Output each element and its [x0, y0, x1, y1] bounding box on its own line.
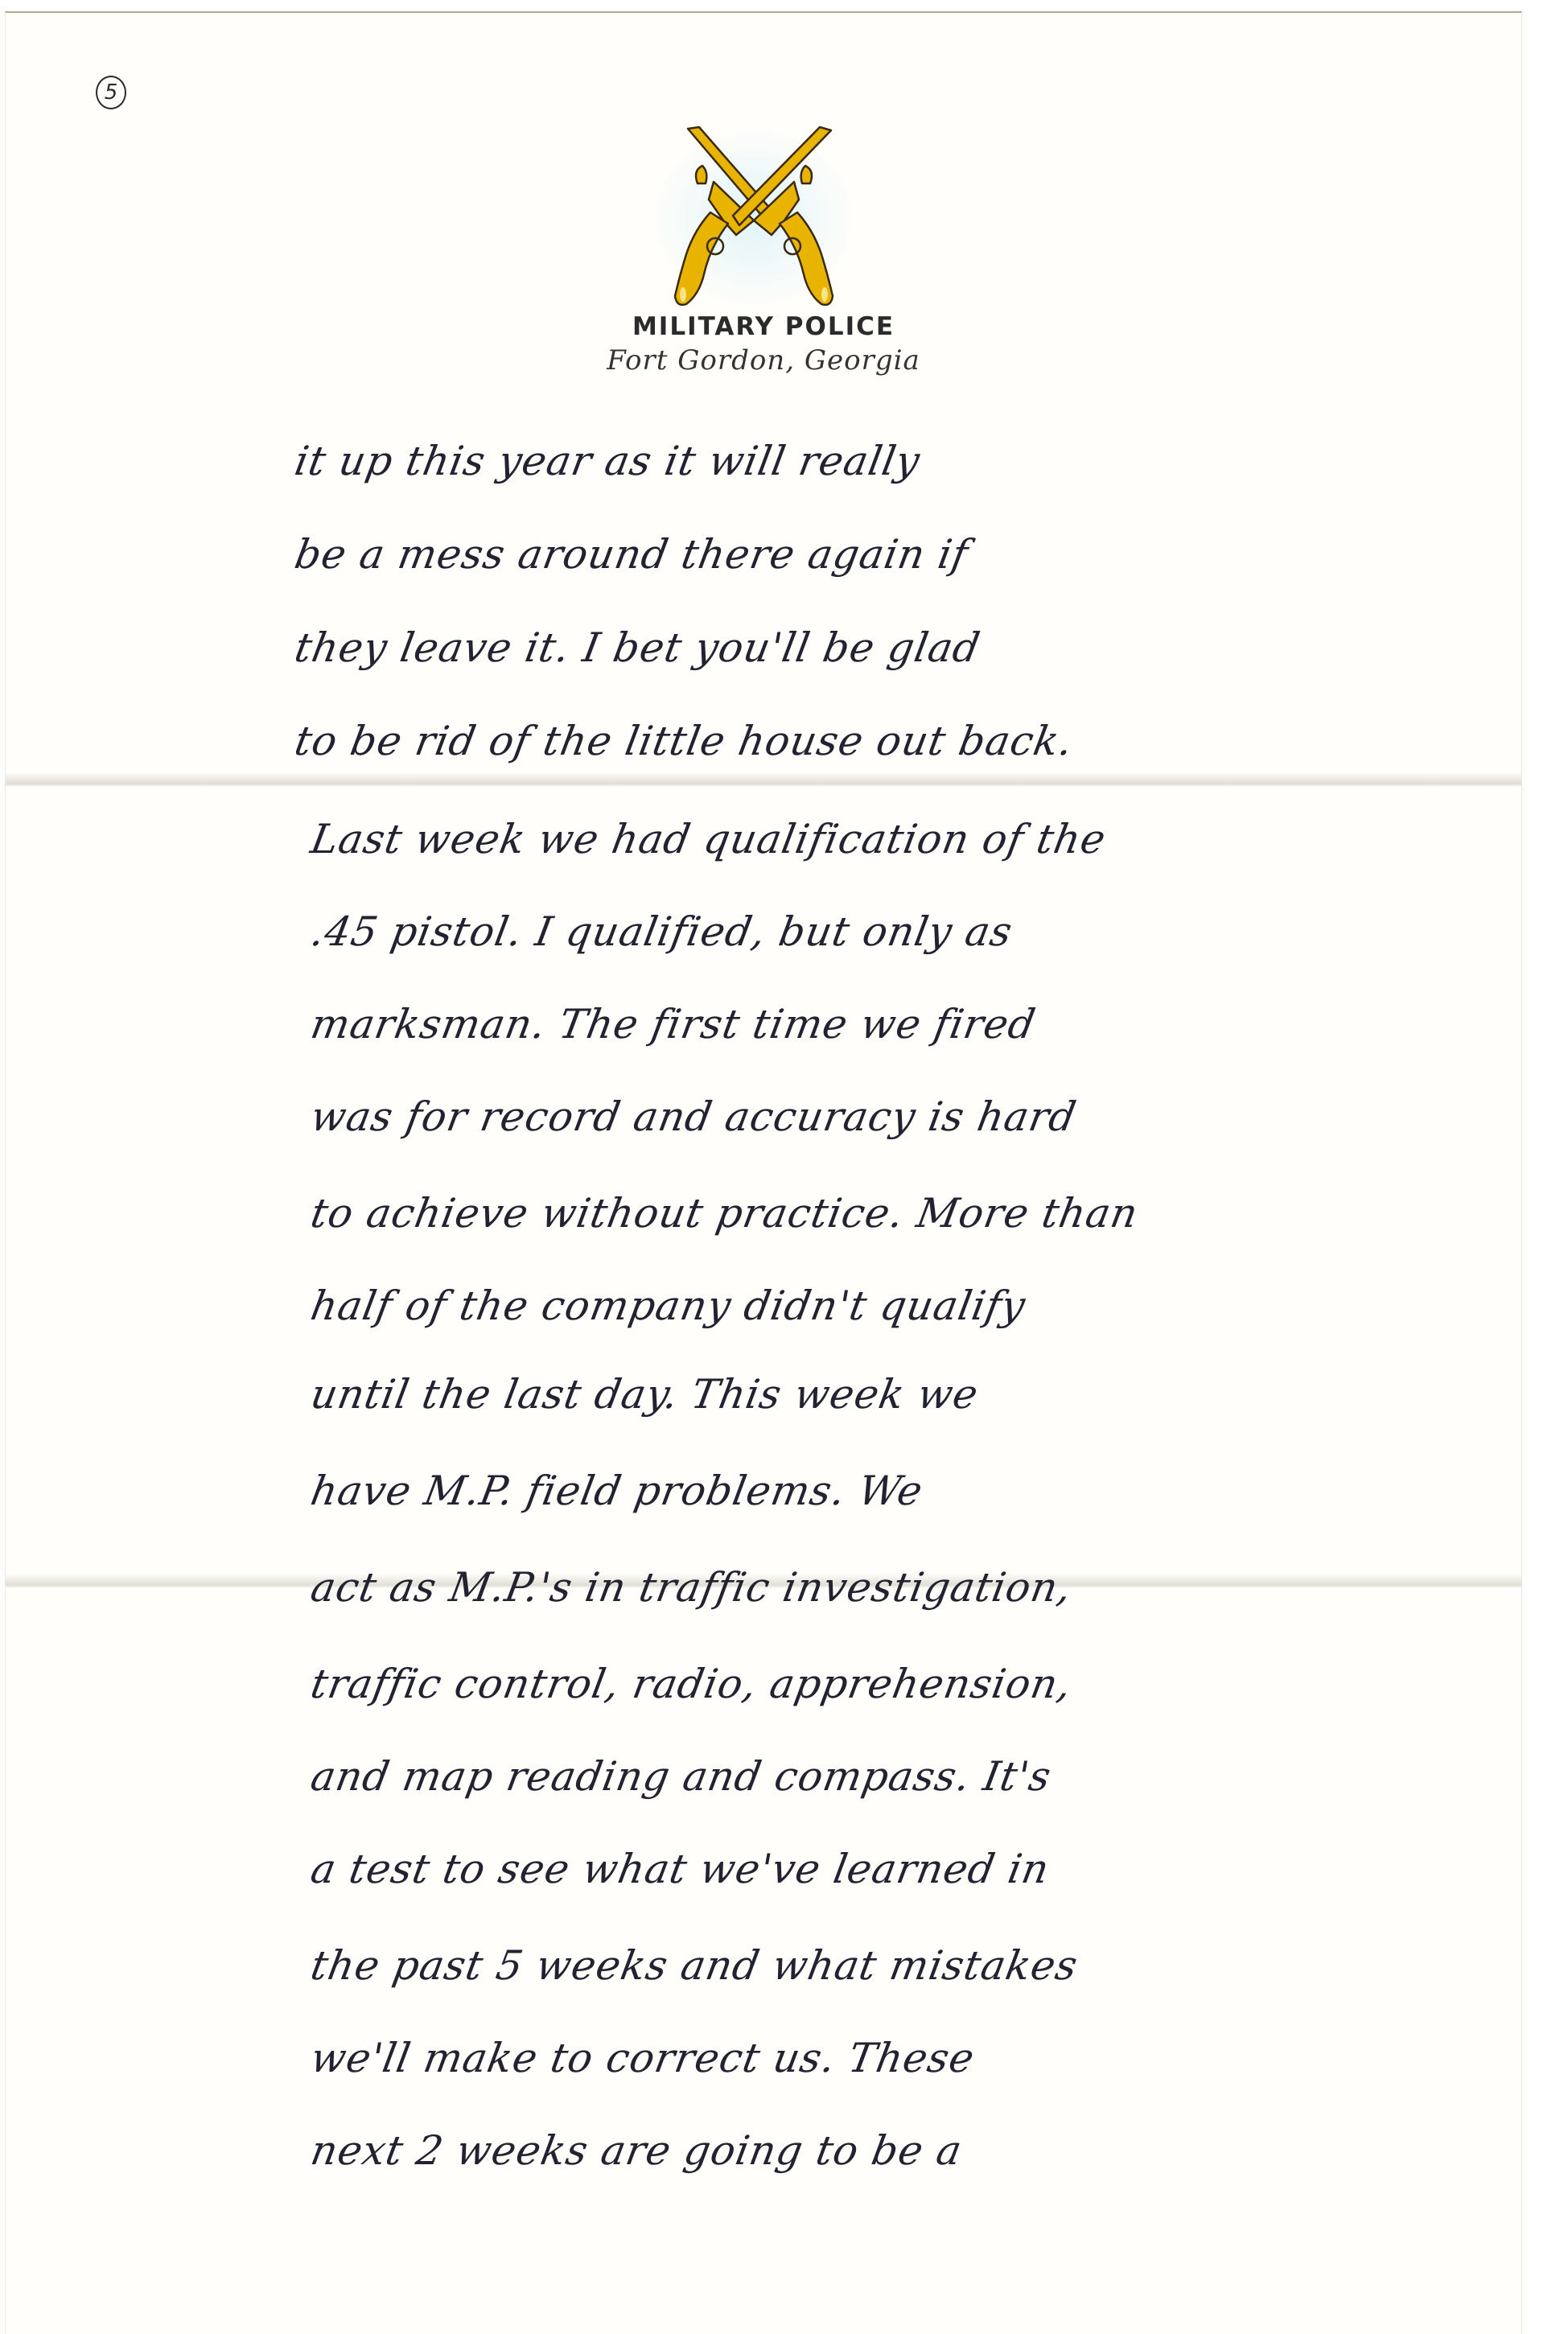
letterhead-title: MILITARY POLICE	[6, 312, 1521, 341]
handwritten-line: marksman. The first time we fired	[307, 1001, 1362, 1049]
handwritten-line: they leave it. I bet you'll be glad	[291, 624, 1346, 673]
handwritten-line: it up this year as it will really	[291, 438, 1346, 486]
handwritten-line: was for record and accuracy is hard	[307, 1093, 1362, 1142]
handwritten-line: .45 pistol. I qualified, but only as	[307, 908, 1362, 957]
paper-fold-line	[6, 772, 1521, 793]
page-number-circle: 5	[96, 76, 126, 109]
handwritten-line: and map reading and compass. It's	[307, 1753, 1362, 1801]
handwritten-line: to achieve without practice. More than	[307, 1190, 1362, 1238]
handwritten-line: next 2 weeks are going to be a	[307, 2127, 1362, 2176]
handwritten-line: a test to see what we've learned in	[307, 1846, 1362, 1894]
handwritten-line: have M.P. field problems. We	[307, 1467, 1362, 1516]
handwritten-line: until the last day. This week we	[307, 1371, 1362, 1419]
handwritten-line: traffic control, radio, apprehension,	[307, 1661, 1362, 1709]
handwritten-line: the past 5 weeks and what mistakes	[307, 1942, 1362, 1990]
handwritten-line: to be rid of the little house out back.	[291, 718, 1346, 766]
crossed-pistols-icon	[633, 126, 875, 311]
page-number: 5	[105, 80, 118, 105]
handwritten-line: be a mess around there again if	[291, 531, 1346, 579]
handwritten-line: half of the company didn't qualify	[307, 1282, 1362, 1331]
letterhead-subtitle: Fort Gordon, Georgia	[6, 344, 1521, 377]
letter-page: 5 MILITA	[5, 11, 1522, 2334]
handwritten-line: act as M.P.'s in traffic investigation,	[307, 1564, 1362, 1612]
handwritten-line: we'll make to correct us. These	[307, 2035, 1362, 2083]
handwritten-line: Last week we had qualification of the	[307, 816, 1362, 864]
